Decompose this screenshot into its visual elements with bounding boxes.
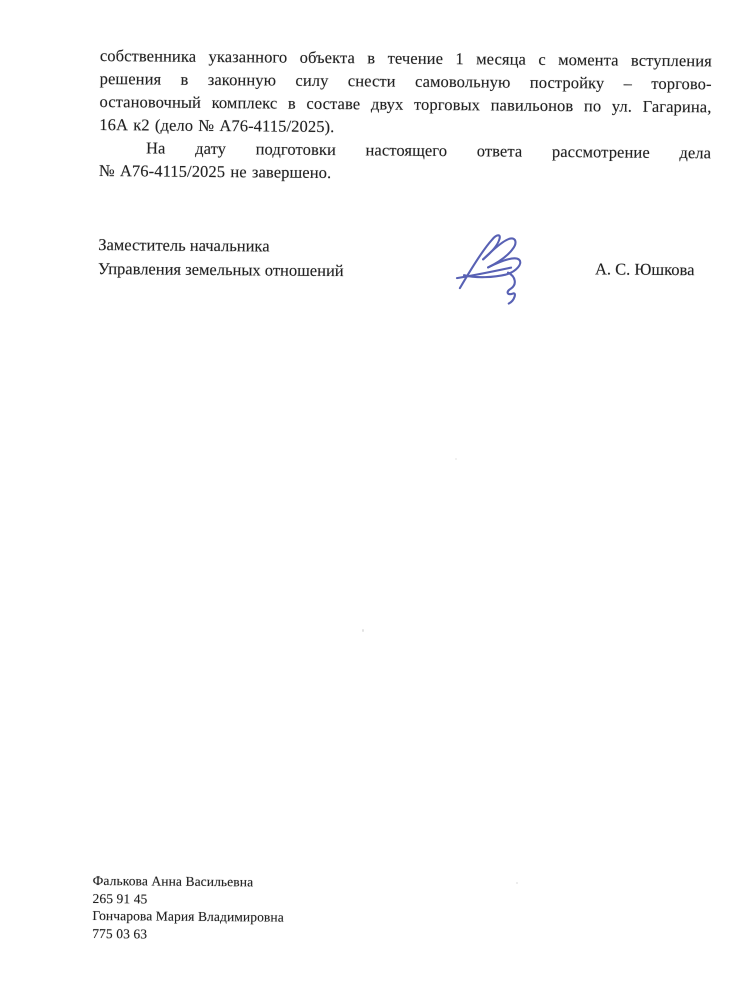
signature-block: Заместитель начальника Управления земель…	[97, 233, 710, 353]
handwritten-signature-icon	[448, 230, 541, 311]
scan-artifact-speck	[516, 882, 518, 884]
scanned-letter-page: собственника указанного объекта в течени…	[0, 0, 741, 992]
paragraph-demolition-order: собственника указанного объекта в течени…	[99, 44, 712, 141]
letter-content: собственника указанного объекта в течени…	[92, 44, 712, 947]
executor-contacts: Фалькова Анна Васильевна 265 91 45 Гонча…	[92, 872, 705, 947]
scan-artifact-speck	[455, 458, 457, 460]
signer-name: А. С. Юшкова	[595, 259, 695, 280]
paragraph-case-status: На дату подготовки настоящего ответа рас…	[99, 136, 711, 187]
scan-artifact-speck	[362, 629, 364, 632]
